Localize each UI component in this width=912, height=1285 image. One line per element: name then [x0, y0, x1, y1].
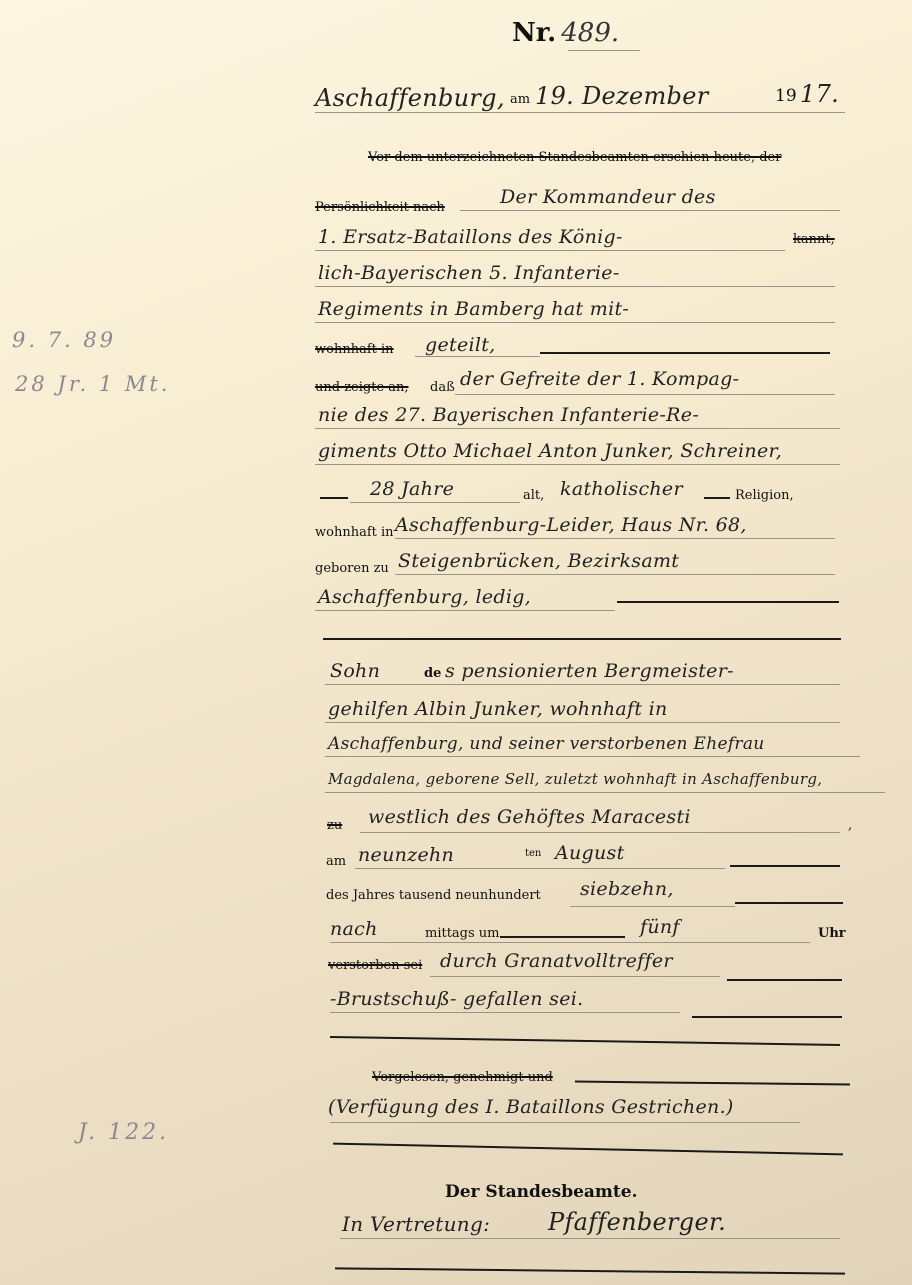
deceased-line-2: nie des 27. Bayerischen Infanterie-Re- [318, 404, 699, 426]
dass-label: daß [430, 380, 455, 395]
cause-line-1: durch Granatvolltreffer [440, 950, 673, 972]
informant-line-5: geteilt, [425, 334, 496, 356]
persoenlichkeit-label: Persönlichkeit nach [315, 200, 445, 215]
informant-line-1: Der Kommandeur des [500, 186, 716, 208]
struck-intro-text: Vor dem unterzeichneten Standesbeamten e… [368, 150, 781, 165]
line [570, 906, 735, 907]
am-date-label: am [326, 854, 346, 869]
margin-note-age: 28 Jr. 1 Mt. [15, 372, 171, 396]
remark-handwritten: (Verfügung des I. Bataillons Gestrichen.… [328, 1096, 734, 1118]
religion-label: Religion, [735, 488, 794, 503]
number-value: 489. [561, 18, 619, 48]
number-label: Nr. [512, 18, 556, 48]
birthplace-line-1: Steigenbrücken, Bezirksamt [398, 550, 679, 572]
wohnhaft-in-label: wohnhaft in [315, 525, 394, 540]
line [395, 574, 835, 575]
informant-line-2: 1. Ersatz-Bataillons des König- [318, 226, 623, 248]
year-suffix: 17. [800, 80, 839, 108]
register-number: Nr. 489. [512, 18, 619, 48]
parents-line-1: s pensionierten Bergmeister- [445, 660, 734, 682]
blank-fill-line [617, 601, 839, 603]
death-year: siebzehn, [580, 878, 674, 900]
struck-und-zeigte-an: und zeigte an, [315, 380, 409, 395]
line [315, 610, 615, 611]
line [315, 428, 840, 429]
date-line [315, 112, 845, 113]
residence-handwritten: Aschaffenburg-Leider, Haus Nr. 68, [395, 514, 747, 536]
line [315, 322, 835, 323]
deceased-line-1: der Gefreite der 1. Kompag- [460, 368, 739, 390]
standesbeamte-heading: Der Standesbeamte. [445, 1182, 638, 1202]
line [330, 1122, 800, 1123]
struck-verstorben-sei: verstorben sei [328, 958, 422, 973]
line [395, 538, 835, 539]
comma: , [848, 818, 852, 833]
signature-name: Pfaffenberger. [548, 1208, 726, 1236]
geboren-zu-label: geboren zu [315, 561, 389, 576]
blank-fill-line [727, 979, 842, 981]
blank-fill-line [692, 1016, 842, 1018]
line [325, 722, 840, 723]
section-divider [333, 1143, 843, 1156]
parents-line-2: gehilfen Albin Junker, wohnhaft in [328, 698, 668, 720]
blank-fill-line [730, 865, 840, 867]
line [325, 792, 885, 793]
line [340, 1238, 840, 1239]
margin-note-date: 9. 7. 89 [12, 328, 116, 352]
death-month: August [555, 842, 625, 864]
parents-line-4: Magdalena, geborene Sell, zuletzt wohnha… [328, 770, 822, 788]
struck-vorgelesen: Vorgelesen, genehmigt und [372, 1070, 553, 1085]
de-label: de [424, 666, 441, 681]
kannt-label: kannt, [793, 232, 835, 247]
am-label: am [510, 92, 530, 107]
mittags-um-label: mittags um [425, 926, 500, 941]
struck-wohnhaft-in: wohnhaft in [315, 342, 394, 357]
line [415, 356, 540, 357]
date-handwritten: 19. Dezember [535, 82, 709, 110]
line [460, 210, 840, 211]
line [330, 1012, 680, 1013]
line [455, 394, 835, 395]
number-underline [568, 50, 640, 51]
place-handwritten: Aschaffenburg, [315, 84, 505, 112]
age-handwritten: 28 Jahre [370, 478, 454, 500]
cause-line-2: -Brustschuß- gefallen sei. [330, 988, 583, 1010]
alt-label: alt, [523, 488, 544, 503]
place-of-death: westlich des Gehöftes Maracesti [368, 806, 691, 828]
struck-zu: zu [327, 818, 342, 833]
informant-line-3: lich-Bayerischen 5. Infanterie- [318, 262, 620, 284]
line [315, 464, 840, 465]
blank-fill-line [575, 1081, 850, 1086]
line [325, 684, 840, 685]
jahres-label: des Jahres tausend neunhundert [326, 888, 541, 903]
line [330, 942, 810, 943]
section-divider [323, 638, 841, 640]
parents-prefix: Sohn [330, 660, 380, 682]
time-prefix: nach [330, 918, 378, 940]
blank-fill-line [735, 902, 843, 904]
informant-line-4: Regiments in Bamberg hat mit- [318, 298, 629, 320]
death-day: neunzehn [358, 844, 454, 866]
line [360, 832, 840, 833]
section-divider [330, 1036, 840, 1046]
line [355, 868, 725, 869]
death-hour: fünf [640, 916, 680, 938]
year-prefix: 19 [775, 86, 797, 106]
margin-note-ref: J. 122. [78, 1120, 169, 1145]
line [315, 250, 785, 251]
dash [320, 497, 348, 499]
dash [704, 497, 730, 499]
line [325, 756, 860, 757]
signature-line [335, 1267, 845, 1274]
birthplace-line-2: Aschaffenburg, ledig, [318, 586, 531, 608]
line [350, 502, 520, 503]
blank-fill-line [500, 936, 625, 938]
deceased-line-3: giments Otto Michael Anton Junker, Schre… [318, 440, 782, 462]
ten-label: ten [525, 848, 541, 859]
uhr-label: Uhr [818, 926, 846, 941]
blank-fill-line [540, 352, 830, 354]
line [315, 286, 835, 287]
signature-prefix: In Vertretung: [342, 1212, 490, 1236]
parents-line-3: Aschaffenburg, und seiner verstorbenen E… [328, 734, 765, 754]
religion-handwritten: katholischer [560, 478, 683, 500]
line [430, 976, 720, 977]
